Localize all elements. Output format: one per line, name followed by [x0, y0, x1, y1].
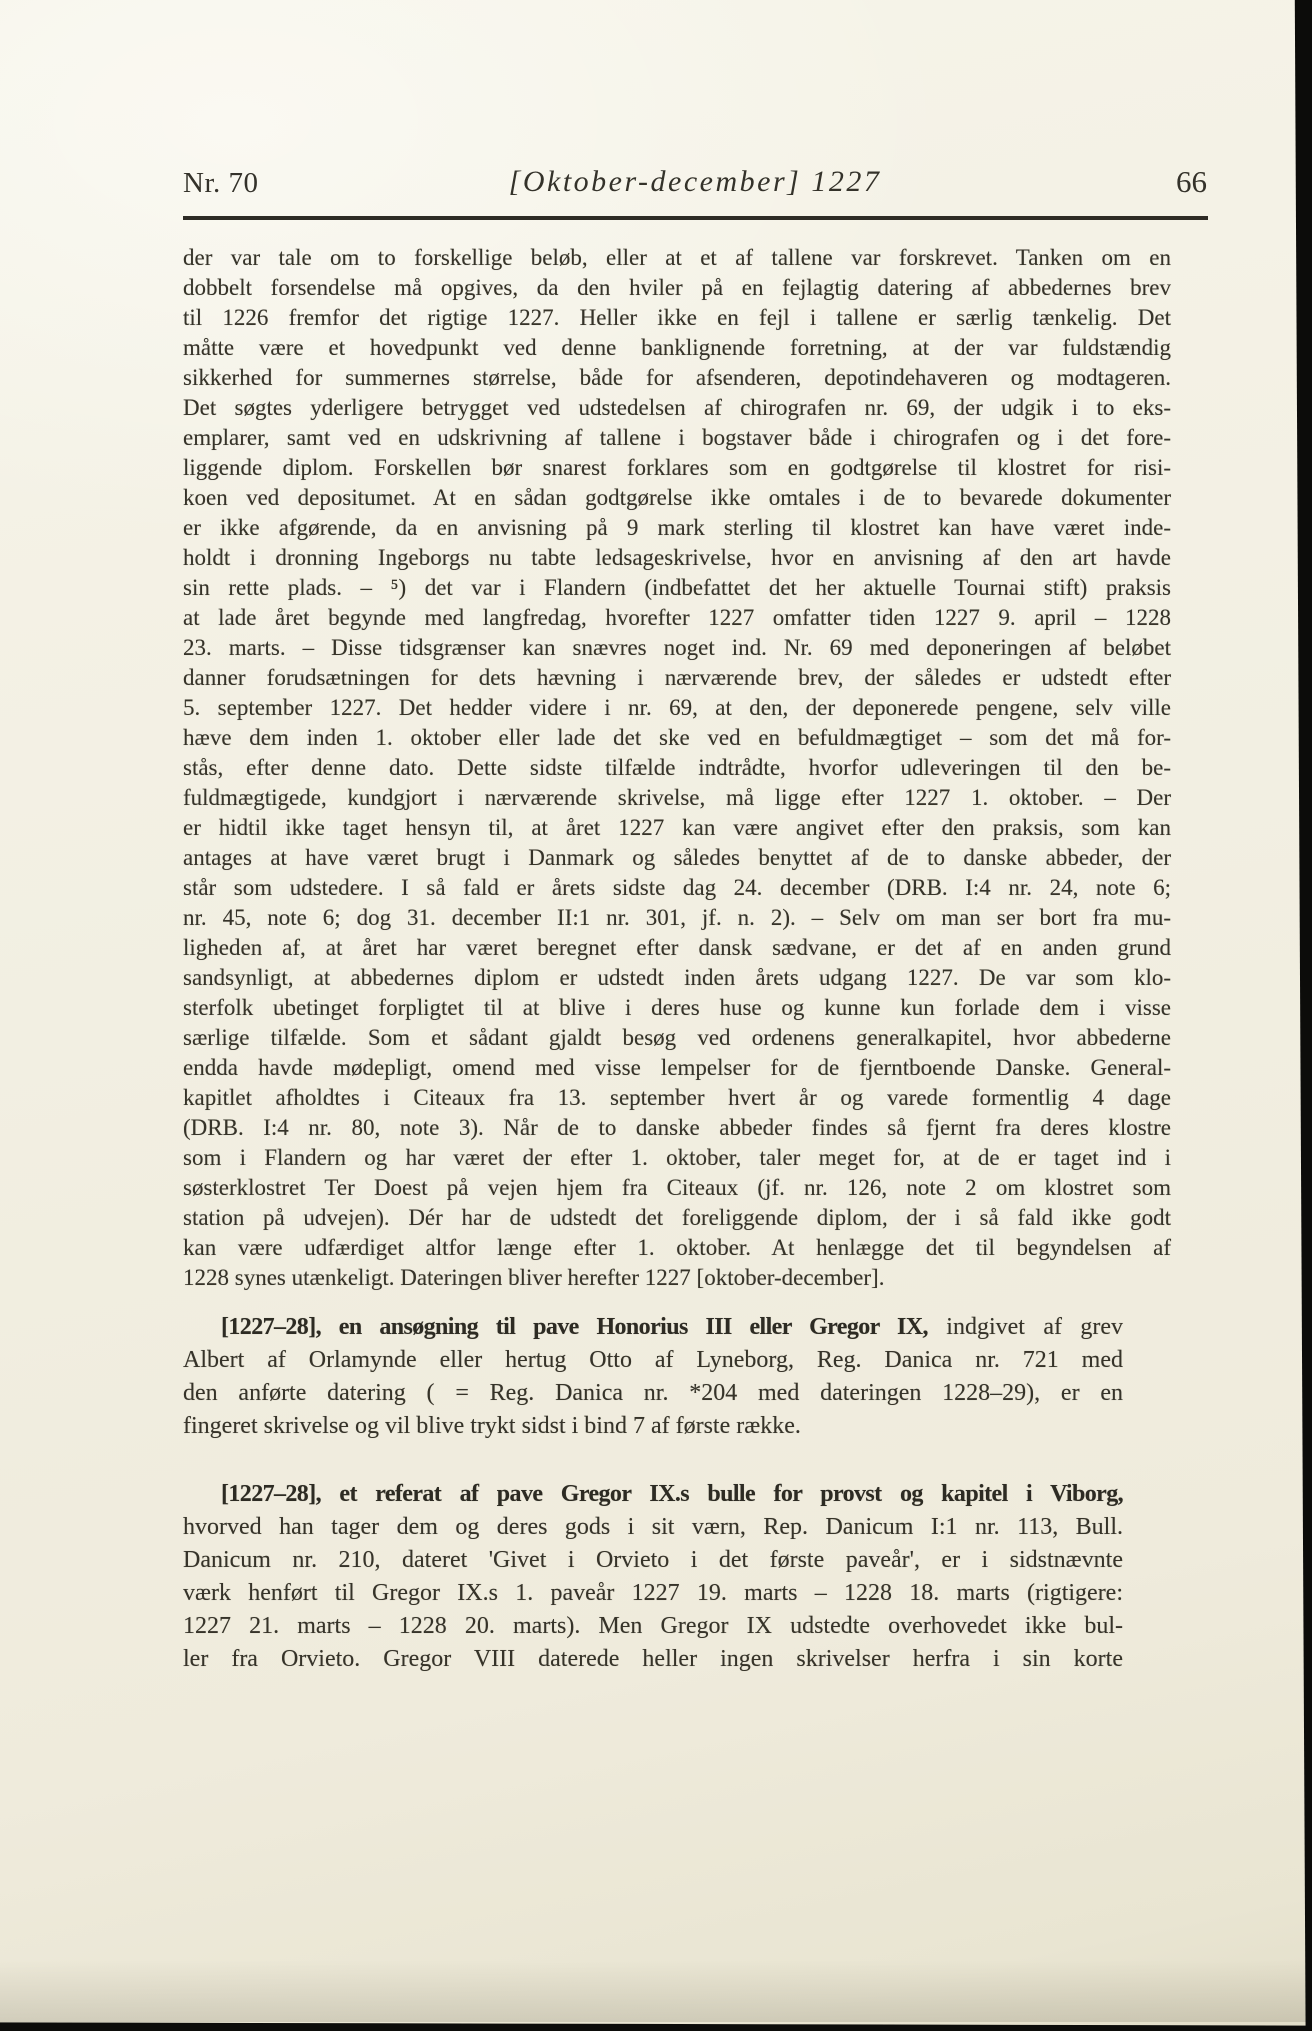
text-line: [1227–28], en ansøgning til pave Honoriu… — [183, 1311, 1123, 1344]
text-line: Danicum nr. 210, dateret 'Givet i Orviet… — [183, 1544, 1123, 1577]
text-line: Det søgtes yderligere betrygget ved udst… — [183, 393, 1171, 423]
text-line: antages at have været brugt i Danmark og… — [183, 843, 1171, 873]
commentary-paragraph: der var tale om to forskellige beløb, el… — [183, 243, 1171, 1293]
regest-paragraph-ansogning: [1227–28], en ansøgning til pave Honoriu… — [183, 1311, 1123, 1443]
text-line: liggende diplom. Forskellen bør snarest … — [183, 453, 1171, 483]
text-line: sterfolk ubetinget forpligtet til at bli… — [183, 993, 1171, 1023]
text-line: ler fra Orvieto. Gregor VIII daterede he… — [183, 1643, 1123, 1676]
scanned-page: Nr. 70 [Oktober-december] 1227 66 der va… — [0, 0, 1312, 2031]
text-line: den anførte datering ( = Reg. Danica nr.… — [183, 1377, 1123, 1410]
text-line: holdt i dronning Ingeborgs nu tabte leds… — [183, 543, 1171, 573]
text-line: fingeret skrivelse og vil blive trykt si… — [183, 1410, 1123, 1443]
text-line: er ikke afgørende, da en anvisning på 9 … — [183, 513, 1171, 543]
text-line: dobbelt forsendelse må opgives, da den h… — [183, 273, 1171, 303]
text-line: endda havde mødepligt, omend med visse l… — [183, 1053, 1171, 1083]
text-line: er hidtil ikke taget hensyn til, at året… — [183, 813, 1171, 843]
page-number: 66 — [1040, 164, 1207, 200]
text-line: sikkerhed for summernes størrelse, både … — [183, 363, 1171, 393]
bold-lead-text: [1227–28], et referat af pave Gregor IX.… — [221, 1481, 1123, 1507]
text-line: ligheden af, at året har været beregnet … — [183, 933, 1171, 963]
scan-edge-right — [1292, 0, 1312, 2031]
text-line: stås, efter denne dato. Dette sidste til… — [183, 753, 1171, 783]
text-line: koen ved depositumet. At en sådan godtgø… — [183, 483, 1171, 513]
text-line: står som udstedere. I så fald er årets s… — [183, 873, 1171, 903]
text-line: 23. marts. – Disse tidsgrænser kan snævr… — [183, 633, 1171, 663]
text-line: sandsynligt, at abbedernes diplom er uds… — [183, 963, 1171, 993]
text-line: Albert af Orlamynde eller hertug Otto af… — [183, 1344, 1123, 1377]
text-line: hæve dem inden 1. oktober eller lade det… — [183, 723, 1171, 753]
text-line: nr. 45, note 6; dog 31. december II:1 nr… — [183, 903, 1171, 933]
text-line: værk henført til Gregor IX.s 1. paveår 1… — [183, 1577, 1123, 1610]
text-line: (DRB. I:4 nr. 80, note 3). Når de to dan… — [183, 1113, 1171, 1143]
text-line: 5. september 1227. Det hedder videre i n… — [183, 693, 1171, 723]
text-line: måtte være et hovedpunkt ved denne bankl… — [183, 333, 1171, 363]
text-line: der var tale om to forskellige beløb, el… — [183, 243, 1171, 273]
text-line: emplarer, samt ved en udskrivning af tal… — [183, 423, 1171, 453]
header-rule — [183, 216, 1208, 220]
text-line: station på udvejen). Dér har de udstedt … — [183, 1203, 1171, 1233]
text-line: at lade året begynde med langfredag, hvo… — [183, 603, 1171, 633]
text-line: 1227 21. marts – 1228 20. marts). Men Gr… — [183, 1610, 1123, 1643]
regest-paragraph-referat: [1227–28], et referat af pave Gregor IX.… — [183, 1478, 1123, 1676]
text-line: kapitlet afholdtes i Citeaux fra 13. sep… — [183, 1083, 1171, 1113]
bold-lead-text: [1227–28], en ansøgning til pave Honoriu… — [221, 1314, 928, 1340]
text-line: til 1226 fremfor det rigtige 1227. Helle… — [183, 303, 1171, 333]
text-line: søsterklostret Ter Doest på vejen hjem f… — [183, 1173, 1171, 1203]
text-line: danner forudsætningen for dets hævning i… — [183, 663, 1171, 693]
text-line: sin rette plads. – ⁵) det var i Flandern… — [183, 573, 1171, 603]
text-line: særlige tilfælde. Som et sådant gjaldt b… — [183, 1023, 1171, 1053]
text-line: 1228 synes utænkeligt. Dateringen bliver… — [183, 1263, 1171, 1293]
text-line: som i Flandern og har været der efter 1.… — [183, 1143, 1171, 1173]
text-line: hvorved han tager dem og deres gods i si… — [183, 1511, 1123, 1544]
text-line: fuldmægtigede, kundgjort i nærværende sk… — [183, 783, 1171, 813]
page-bottom-shading — [0, 1960, 1312, 2022]
text-line: [1227–28], et referat af pave Gregor IX.… — [183, 1478, 1123, 1511]
text-line: kan være udfærdiget altfor længe efter 1… — [183, 1233, 1171, 1263]
